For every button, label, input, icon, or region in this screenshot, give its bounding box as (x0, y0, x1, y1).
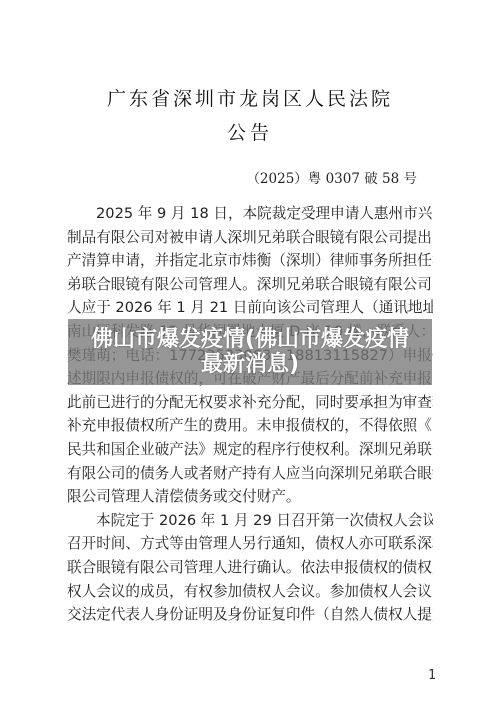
announcement-body: 2025 年 9 月 18 日，本院裁定受理申请人惠州市兴民发五金 制品有限公司… (67, 202, 433, 627)
body-line: 限公司管理人清偿债务或交付财产。 (67, 485, 433, 509)
body-line: 召开时间、方式等由管理人另行通知，债权人亦可联系深圳兄弟 (67, 532, 433, 556)
body-line: 有限公司的债务人或者财产持有人应当向深圳兄弟联合眼镜有 (67, 462, 433, 486)
body-line: 制品有限公司对被申请人深圳兄弟联合眼镜有限公司提出的破 (67, 226, 433, 250)
body-line: 联合眼镜有限公司管理人进行确认。依法申报债权的债权人为债 (67, 556, 433, 580)
body-line: 弟联合眼镜有限公司管理人。深圳兄弟联合眼镜有限公司的债权 (67, 273, 433, 297)
body-line: 交法定代表人身份证明及身份证复印件（自然人债权人提交身份 (67, 603, 433, 627)
body-line: 本院定于 2026 年 1 月 29 日召开第一次债权人会议，具体 (67, 509, 433, 533)
page-number: 1 (428, 668, 436, 683)
body-line: 补充申报债权所产生的费用。未申报债权的，不得依照《中华人 (67, 414, 433, 438)
headline-overlay-banner: 佛山市爆发疫情(佛山市爆发疫情最新消息) (68, 319, 432, 385)
case-number: （2025）粤 0307 破 58 号 (246, 167, 417, 187)
headline-overlay-text: 佛山市爆发疫情(佛山市爆发疫情最新消息) (80, 327, 420, 377)
body-line: 权人会议的成员，有权参加债权人会议。参加债权人会议时应提 (67, 580, 433, 604)
body-line: 2025 年 9 月 18 日，本院裁定受理申请人惠州市兴民发五金 (67, 202, 433, 226)
document-type-heading: 公告 (0, 118, 500, 145)
court-title: 广东省深圳市龙岗区人民法院 (0, 84, 500, 111)
body-line: 民共和国企业破产法》规定的程序行使权利。深圳兄弟联合眼镜 (67, 438, 433, 462)
body-line: 此前已进行的分配无权要求补充分配，同时要承担为审查和确认 (67, 391, 433, 415)
body-line: 产清算申请，并指定北京市炜衡（深圳）律师事务所担任深圳兄 (67, 249, 433, 273)
body-line: 人应于 2026 年 1 月 21 日前向该公司管理人（通讯地址：深圳市 (67, 296, 433, 320)
document-page: 广东省深圳市龙岗区人民法院 公告 （2025）粤 0307 破 58 号 202… (0, 0, 500, 706)
